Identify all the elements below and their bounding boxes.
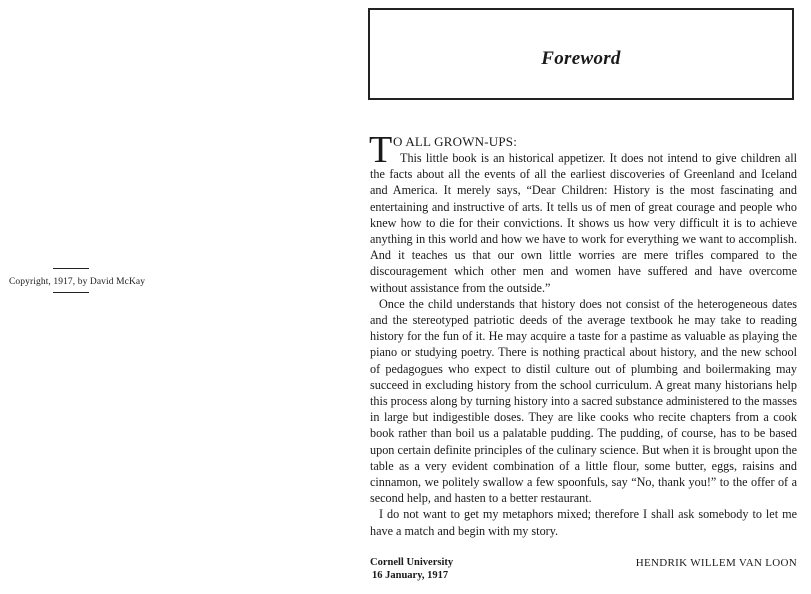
paragraph-2: Once the child understands that history … xyxy=(370,296,797,507)
paragraph-3: I do not want to get my metaphors mixed;… xyxy=(370,506,797,538)
paragraph-1: This little book is an historical appeti… xyxy=(370,150,797,296)
copyright-rule-bottom xyxy=(53,292,89,293)
title-box: Foreword xyxy=(368,8,794,100)
salutation: T O ALL GROWN-UPS: xyxy=(370,134,797,150)
right-page: Foreword T O ALL GROWN-UPS: This little … xyxy=(365,0,811,594)
foreword-body: T O ALL GROWN-UPS: This little book is a… xyxy=(370,134,797,539)
salutation-text: O ALL GROWN-UPS: xyxy=(393,134,517,149)
signature-block: Cornell University 16 January, 1917 HEND… xyxy=(370,556,797,586)
drop-cap: T xyxy=(369,135,392,165)
left-page: Copyright, 1917, by David McKay xyxy=(0,0,360,594)
copyright-notice: Copyright, 1917, by David McKay xyxy=(9,277,145,287)
copyright-rule-top xyxy=(53,268,89,269)
signature-date: 16 January, 1917 xyxy=(372,569,448,582)
page-title: Foreword xyxy=(370,48,792,70)
signature-place: Cornell University xyxy=(370,556,453,569)
signature-author: HENDRIK WILLEM VAN LOON xyxy=(636,557,797,569)
